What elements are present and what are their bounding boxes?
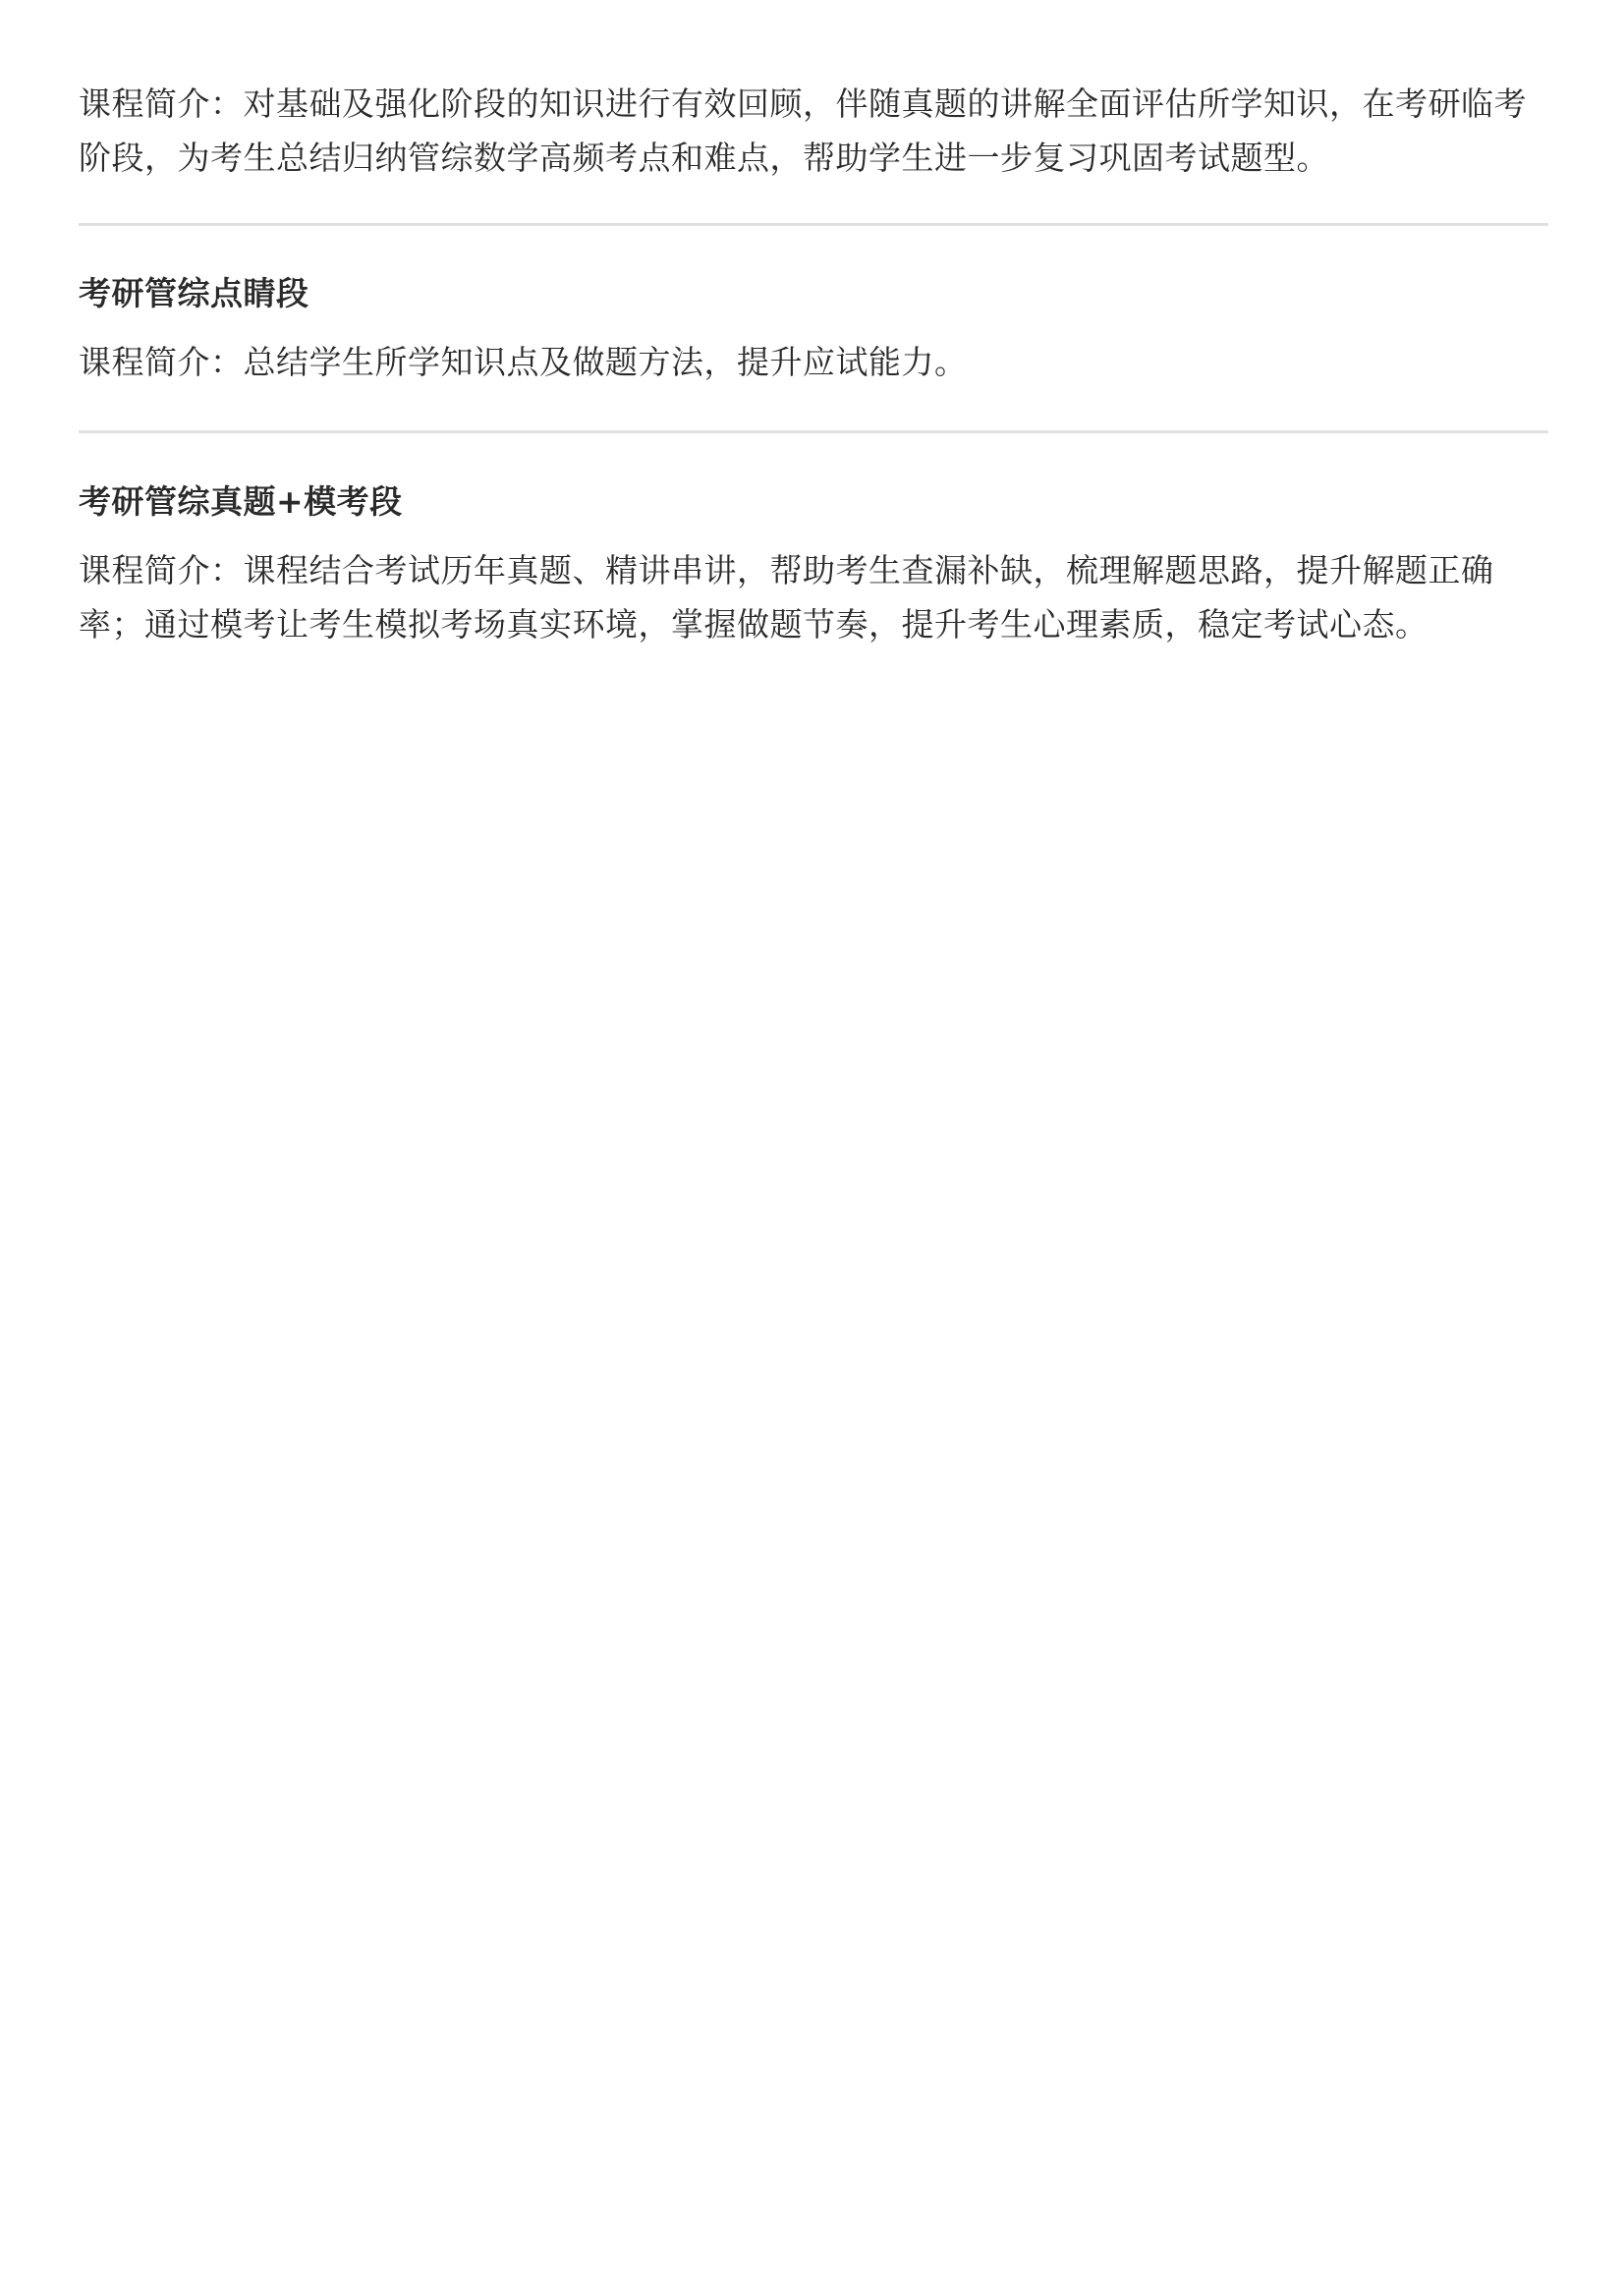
intro-line: 课程简介：总结学生所学知识点及做题方法，提升应试能力。	[79, 335, 968, 389]
course-intro-key-points: 课程简介：总结学生所学知识点及做题方法，提升应试能力。	[79, 335, 968, 389]
intro-line: 课程简介：课程结合考试历年真题、精讲串讲，帮助考生查漏补缺，梳理解题思路，提升解…	[79, 543, 1494, 597]
intro-line: 率；通过模考让考生模拟考场真实环境，掌握做题节奏，提升考生心理素质，稳定考试心态…	[79, 597, 1494, 651]
section-title-key-points: 考研管综点睛段	[79, 266, 309, 320]
intro-line: 阶段，为考生总结归纳管综数学高频考点和难点，帮助学生进一步复习巩固考试题型。	[79, 131, 1527, 185]
course-intro-stage-review: 课程简介：对基础及强化阶段的知识进行有效回顾，伴随真题的讲解全面评估所学知识，在…	[79, 77, 1527, 185]
section-divider	[79, 430, 1548, 433]
intro-line: 课程简介：对基础及强化阶段的知识进行有效回顾，伴随真题的讲解全面评估所学知识，在…	[79, 77, 1527, 131]
section-title-exam-mock: 考研管综真题+模考段	[79, 475, 403, 529]
section-divider	[79, 223, 1548, 226]
course-intro-exam-mock: 课程简介：课程结合考试历年真题、精讲串讲，帮助考生查漏补缺，梳理解题思路，提升解…	[79, 543, 1494, 651]
